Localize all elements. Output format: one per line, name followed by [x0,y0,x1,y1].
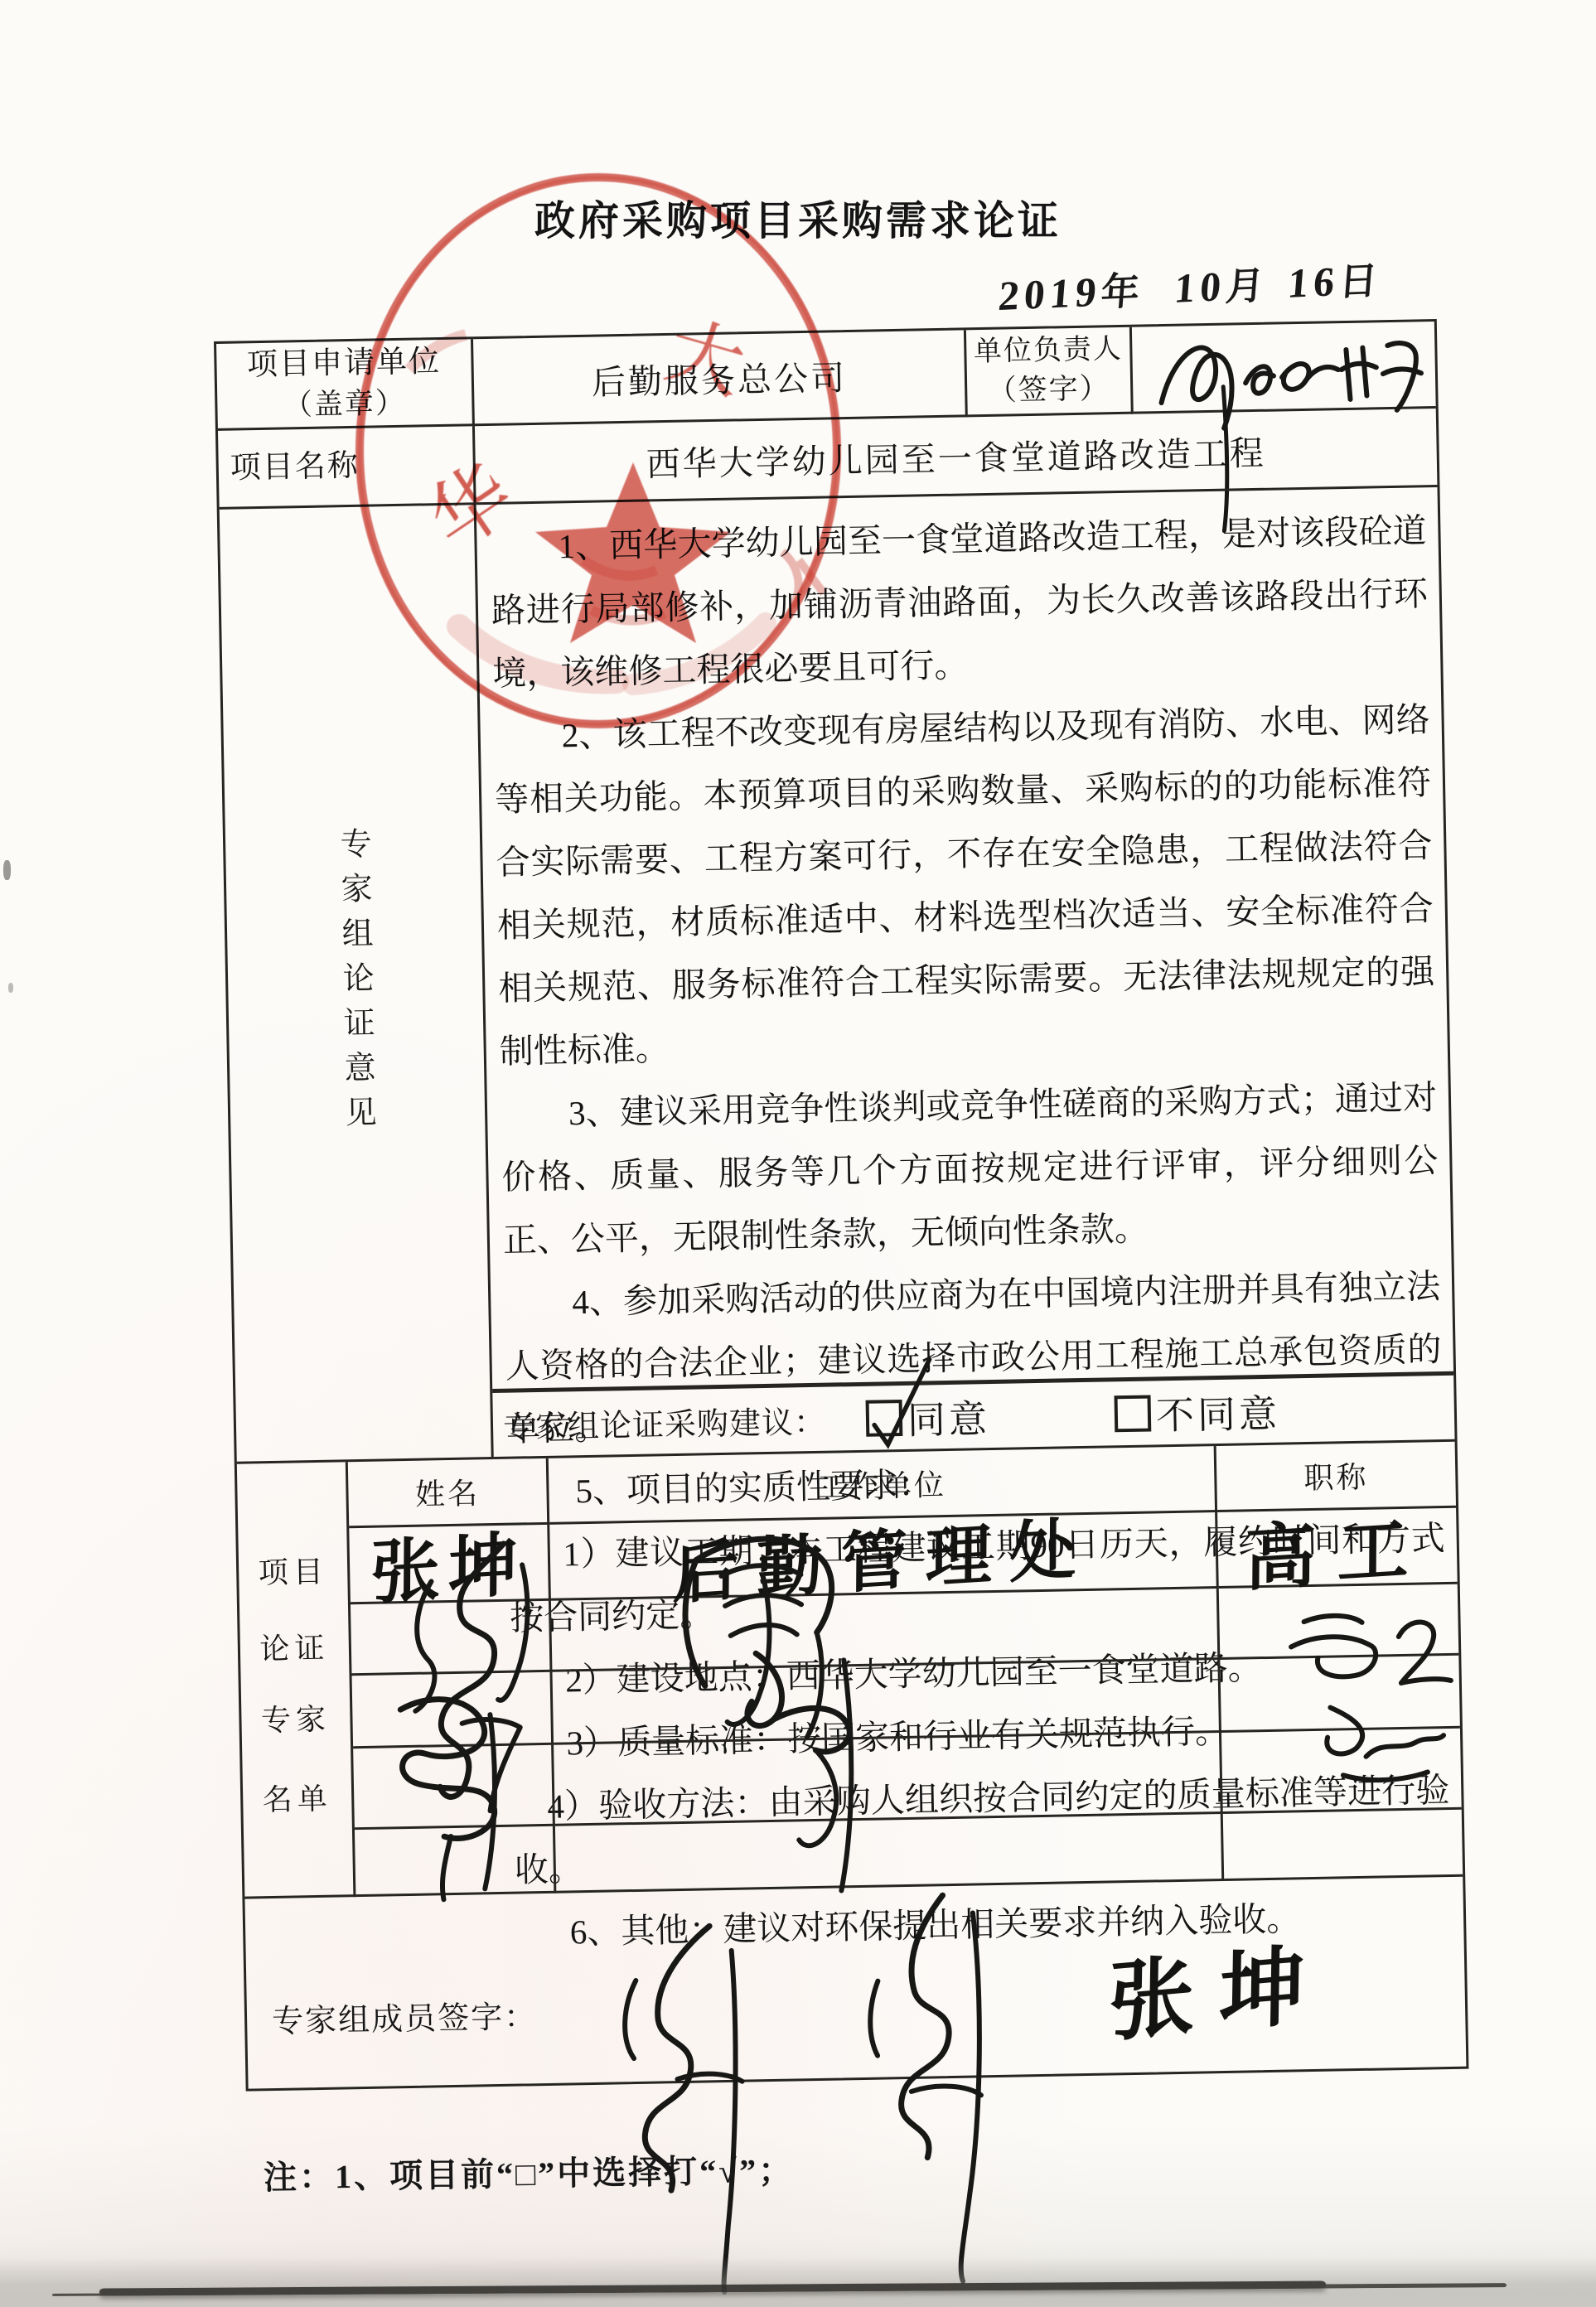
footer-signature [825,1877,1047,2304]
proposal-label: 专家组论证采购建议： [503,1396,827,1448]
footer-sign-label: 专家组成员签字： [272,1990,538,2041]
date-day: 16 [1286,258,1341,307]
document-title: 政府采购项目采购需求论证 [0,189,1596,247]
footer-signature [577,1902,791,2307]
disagree-label: 不同意 [1155,1383,1280,1440]
opinion-text-cell: 1、西华大学幼儿园至一食堂道路改造工程，是对该段砼道路进行局部修补，加铺沥青油路… [476,487,1453,1389]
scan-speck [8,983,13,993]
scanned-document-page: 政府采购项目采购需求论证 2019年 10月 16日 项目申请单位（盖章） 后勤… [0,0,1596,2307]
footnote: 注：1、项目前“□”中选择打“√”； [264,2145,795,2199]
date-month: 10 [1173,263,1227,312]
date-year: 2019 [997,268,1103,319]
expert-name-signature [365,1681,544,1916]
expert-title-signature [1292,1676,1477,1804]
applicant-label-cell: 项目申请单位（盖章） [216,339,475,431]
handwritten-check-mark [861,1351,942,1452]
disagree-checkbox [1115,1395,1152,1432]
footer-signature-name: 张坤 [1108,1913,1331,2058]
agree-checkbox [866,1399,903,1436]
expert-unit-signature [704,1623,933,1901]
applicant-value-cell: 后勤服务总公司 [473,330,968,426]
head-label-cell: 单位负责人（签字） [966,327,1134,418]
scan-speck [3,860,11,880]
expert-row-title: 高工 [1217,1508,1458,1589]
expert-list-side-label: 项目 论证 专家 名单 [237,1462,356,1898]
opinion-label-cell: 专家组论证意见 [220,505,494,1463]
opinion-vertical-label: 专家组论证意见 [330,826,381,1140]
project-name-label-cell: 项目名称 [218,426,476,510]
expert-row-title [1223,1810,1463,1881]
handwritten-date: 2019年 10月 16日 [997,250,1381,322]
form-table: 项目申请单位（盖章） 后勤服务总公司 单位负责人（签字） 项目名称 西华大学幼儿… [214,319,1468,2092]
head-signature-cell [1132,322,1436,414]
scan-bottom-shadow [0,2257,1596,2307]
